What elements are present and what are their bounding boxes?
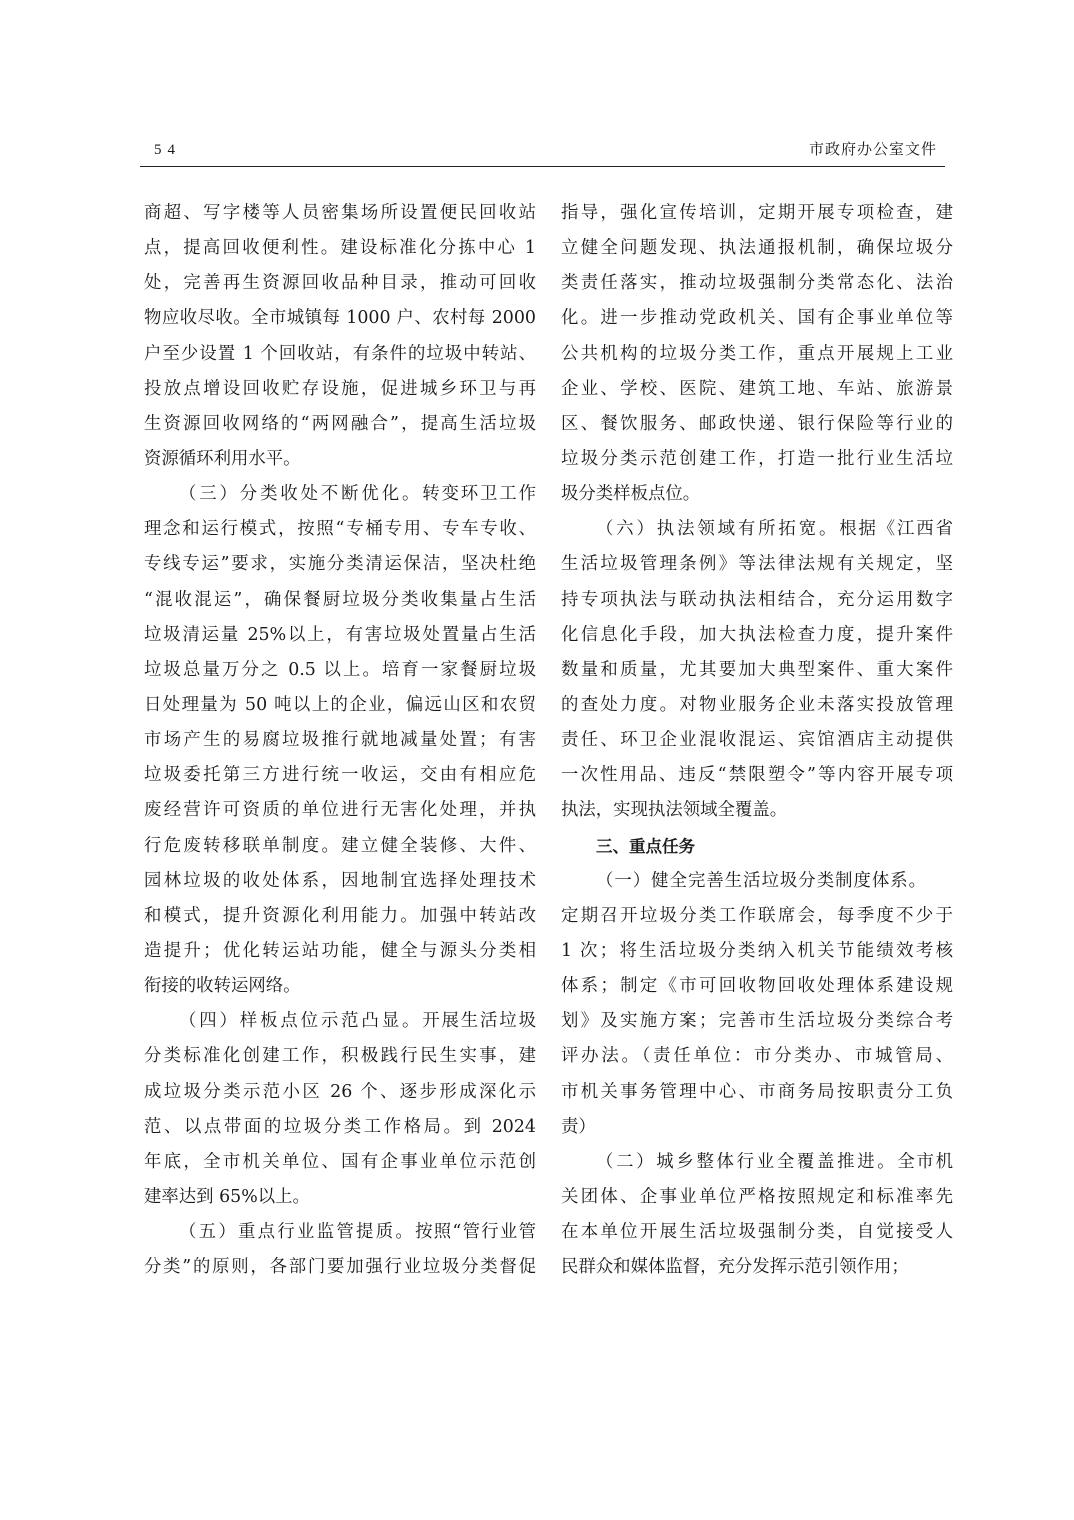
text-line: 指导，强化宣传培训，定期开展专项检查，建 [561,196,953,231]
text-line: 圾分类样板点位。 [561,477,953,512]
page-header: 54 市政府办公室文件 [140,138,945,167]
text-line: 商超、写字楼等人员密集场所设置便民回收站 [144,196,536,231]
section-5-first-line: （五）重点行业监管提质。按照“管行业管 [144,1215,536,1250]
text-line: 生资源回收网络的“两网融合”，提高生活垃圾 [144,407,536,442]
right-column: 指导，强化宣传培训，定期开展专项检查，建 立健全问题发现、执法通报机制，确保垃圾… [561,196,953,1285]
text-line: “混收混运”，确保餐厨垃圾分类收集量占生活 [144,583,536,618]
text-line: 建率达到 65%以上。 [144,1180,536,1215]
text-line: 专线专运”要求，实施分类清运保洁，坚决杜绝 [144,547,536,582]
section-3-lead: （三）分类收处不断优化。 [179,484,422,504]
text-line: 户至少设置 1 个回收站，有条件的垃圾中转站、 [144,337,536,372]
text-line: 一次性用品、违反“禁限塑令”等内容开展专项 [561,758,953,793]
text-line: 垃圾总量万分之 0.5 以上。培育一家餐厨垃圾 [144,653,536,688]
text-line: 化。进一步推动党政机关、国有企事业单位等 [561,301,953,336]
text-line: 划》及实施方案；完善市生活垃圾分类综合考 [561,1004,953,1039]
section-heading-key-tasks: 三、重点任务 [561,829,953,864]
text-line: 关团体、企事业单位严格按照规定和标准率先 [561,1180,953,1215]
text-line: 在本单位开展生活垃圾强制分类，自觉接受人 [561,1215,953,1250]
page-number: 54 [154,142,181,159]
text-line: 成垃圾分类示范小区 26 个、逐步形成深化示 [144,1075,536,1110]
text-line: 定期召开垃圾分类工作联席会，每季度不少于 [561,899,953,934]
text-line: 数量和质量，尤其要加大典型案件、重大案件 [561,653,953,688]
text-line: 处，完善再生资源回收品种目录，推动可回收 [144,266,536,301]
text-line: 废经营许可资质的单位进行无害化处理，并执 [144,793,536,828]
text-line: 市机关事务管理中心、市商务局按职责分工负 [561,1075,953,1110]
text-line: 资源循环利用水平。 [144,442,536,477]
text-line: 分类标准化创建工作，积极践行民生实事，建 [144,1039,536,1074]
text-line: 民群众和媒体监督，充分发挥示范引领作用； [561,1250,953,1285]
text-line: 点，提高回收便利性。建设标准化分拣中心 1 [144,231,536,266]
section-3-first-line: （三）分类收处不断优化。转变环卫工作 [144,477,536,512]
task-1-heading: （一）健全完善生活垃圾分类制度体系。 [561,864,953,899]
left-column: 商超、写字楼等人员密集场所设置便民回收站 点，提高回收便利性。建设标准化分拣中心… [144,196,536,1285]
text-line: 企业、学校、医院、建筑工地、车站、旅游景 [561,372,953,407]
task-2-first-line: （二）城乡整体行业全覆盖推进。全市机 [561,1145,953,1180]
text-line: 区、餐饮服务、邮政快递、银行保险等行业的 [561,407,953,442]
text-line: 分类”的原则，各部门要加强行业垃圾分类督促 [144,1250,536,1285]
text-line: 垃圾委托第三方进行统一收运，交由有相应危 [144,758,536,793]
text-line: 衔接的收转运网络。 [144,969,536,1004]
text-line: 体系；制定《市可回收物回收处理体系建设规 [561,969,953,1004]
text-line: 类责任落实，推动垃圾强制分类常态化、法治 [561,266,953,301]
text-line: 年底，全市机关单位、国有企事业单位示范创 [144,1145,536,1180]
document-label: 市政府办公室文件 [809,138,937,159]
text-line: 垃圾清运量 25%以上，有害垃圾处置量占生活 [144,618,536,653]
text-line: 执法，实现执法领域全覆盖。 [561,793,953,828]
text-line: 责任、环卫企业混收混运、宾馆酒店主动提供 [561,723,953,758]
section-4-lead: （四）样板点位示范凸显。 [179,1011,422,1031]
text-line: 投放点增设回收贮存设施，促进城乡环卫与再 [144,372,536,407]
text-line: 范、以点带面的垃圾分类工作格局。到 2024 [144,1110,536,1145]
text-line: 理念和运行模式，按照“专桶专用、专车专收、 [144,512,536,547]
text-line: 市场产生的易腐垃圾推行就地减量处置；有害 [144,723,536,758]
task-2-lead: （二）城乡整体行业全覆盖推进。 [596,1152,897,1172]
text-line: 生活垃圾管理条例》等法律法规有关规定，坚 [561,547,953,582]
text-line: 和模式，提升资源化利用能力。加强中转站改 [144,899,536,934]
section-4-first-line: （四）样板点位示范凸显。开展生活垃圾 [144,1004,536,1039]
text-line: 公共机构的垃圾分类工作，重点开展规上工业 [561,337,953,372]
text-line: 化信息化手段，加大执法检查力度，提升案件 [561,618,953,653]
section-5-lead: （五）重点行业监管提质。 [179,1222,415,1242]
section-6-first-line: （六）执法领域有所拓宽。根据《江西省 [561,512,953,547]
text-line: 立健全问题发现、执法通报机制，确保垃圾分 [561,231,953,266]
text-line: 的查处力度。对物业服务企业未落实投放管理 [561,688,953,723]
text-line: 责） [561,1110,953,1145]
section-6-lead: （六）执法领域有所拓宽。 [596,519,839,539]
text-line: 物应收尽收。全市城镇每 1000 户、农村每 2000 [144,301,536,336]
task-1-lead: （一）健全完善生活垃圾分类制度体系。 [596,871,927,891]
text-line: 造提升；优化转运站功能，健全与源头分类相 [144,934,536,969]
text-line: 日处理量为 50 吨以上的企业，偏远山区和农贸 [144,688,536,723]
text-line: 评办法。（责任单位：市分类办、市城管局、 [561,1039,953,1074]
text-line: 1 次；将生活垃圾分类纳入机关节能绩效考核 [561,934,953,969]
text-line: 行危废转移联单制度。建立健全装修、大件、 [144,829,536,864]
text-line: 垃圾分类示范创建工作，打造一批行业生活垃 [561,442,953,477]
text-line: 持专项执法与联动执法相结合，充分运用数字 [561,583,953,618]
text-line: 园林垃圾的收处体系，因地制宜选择处理技术 [144,864,536,899]
